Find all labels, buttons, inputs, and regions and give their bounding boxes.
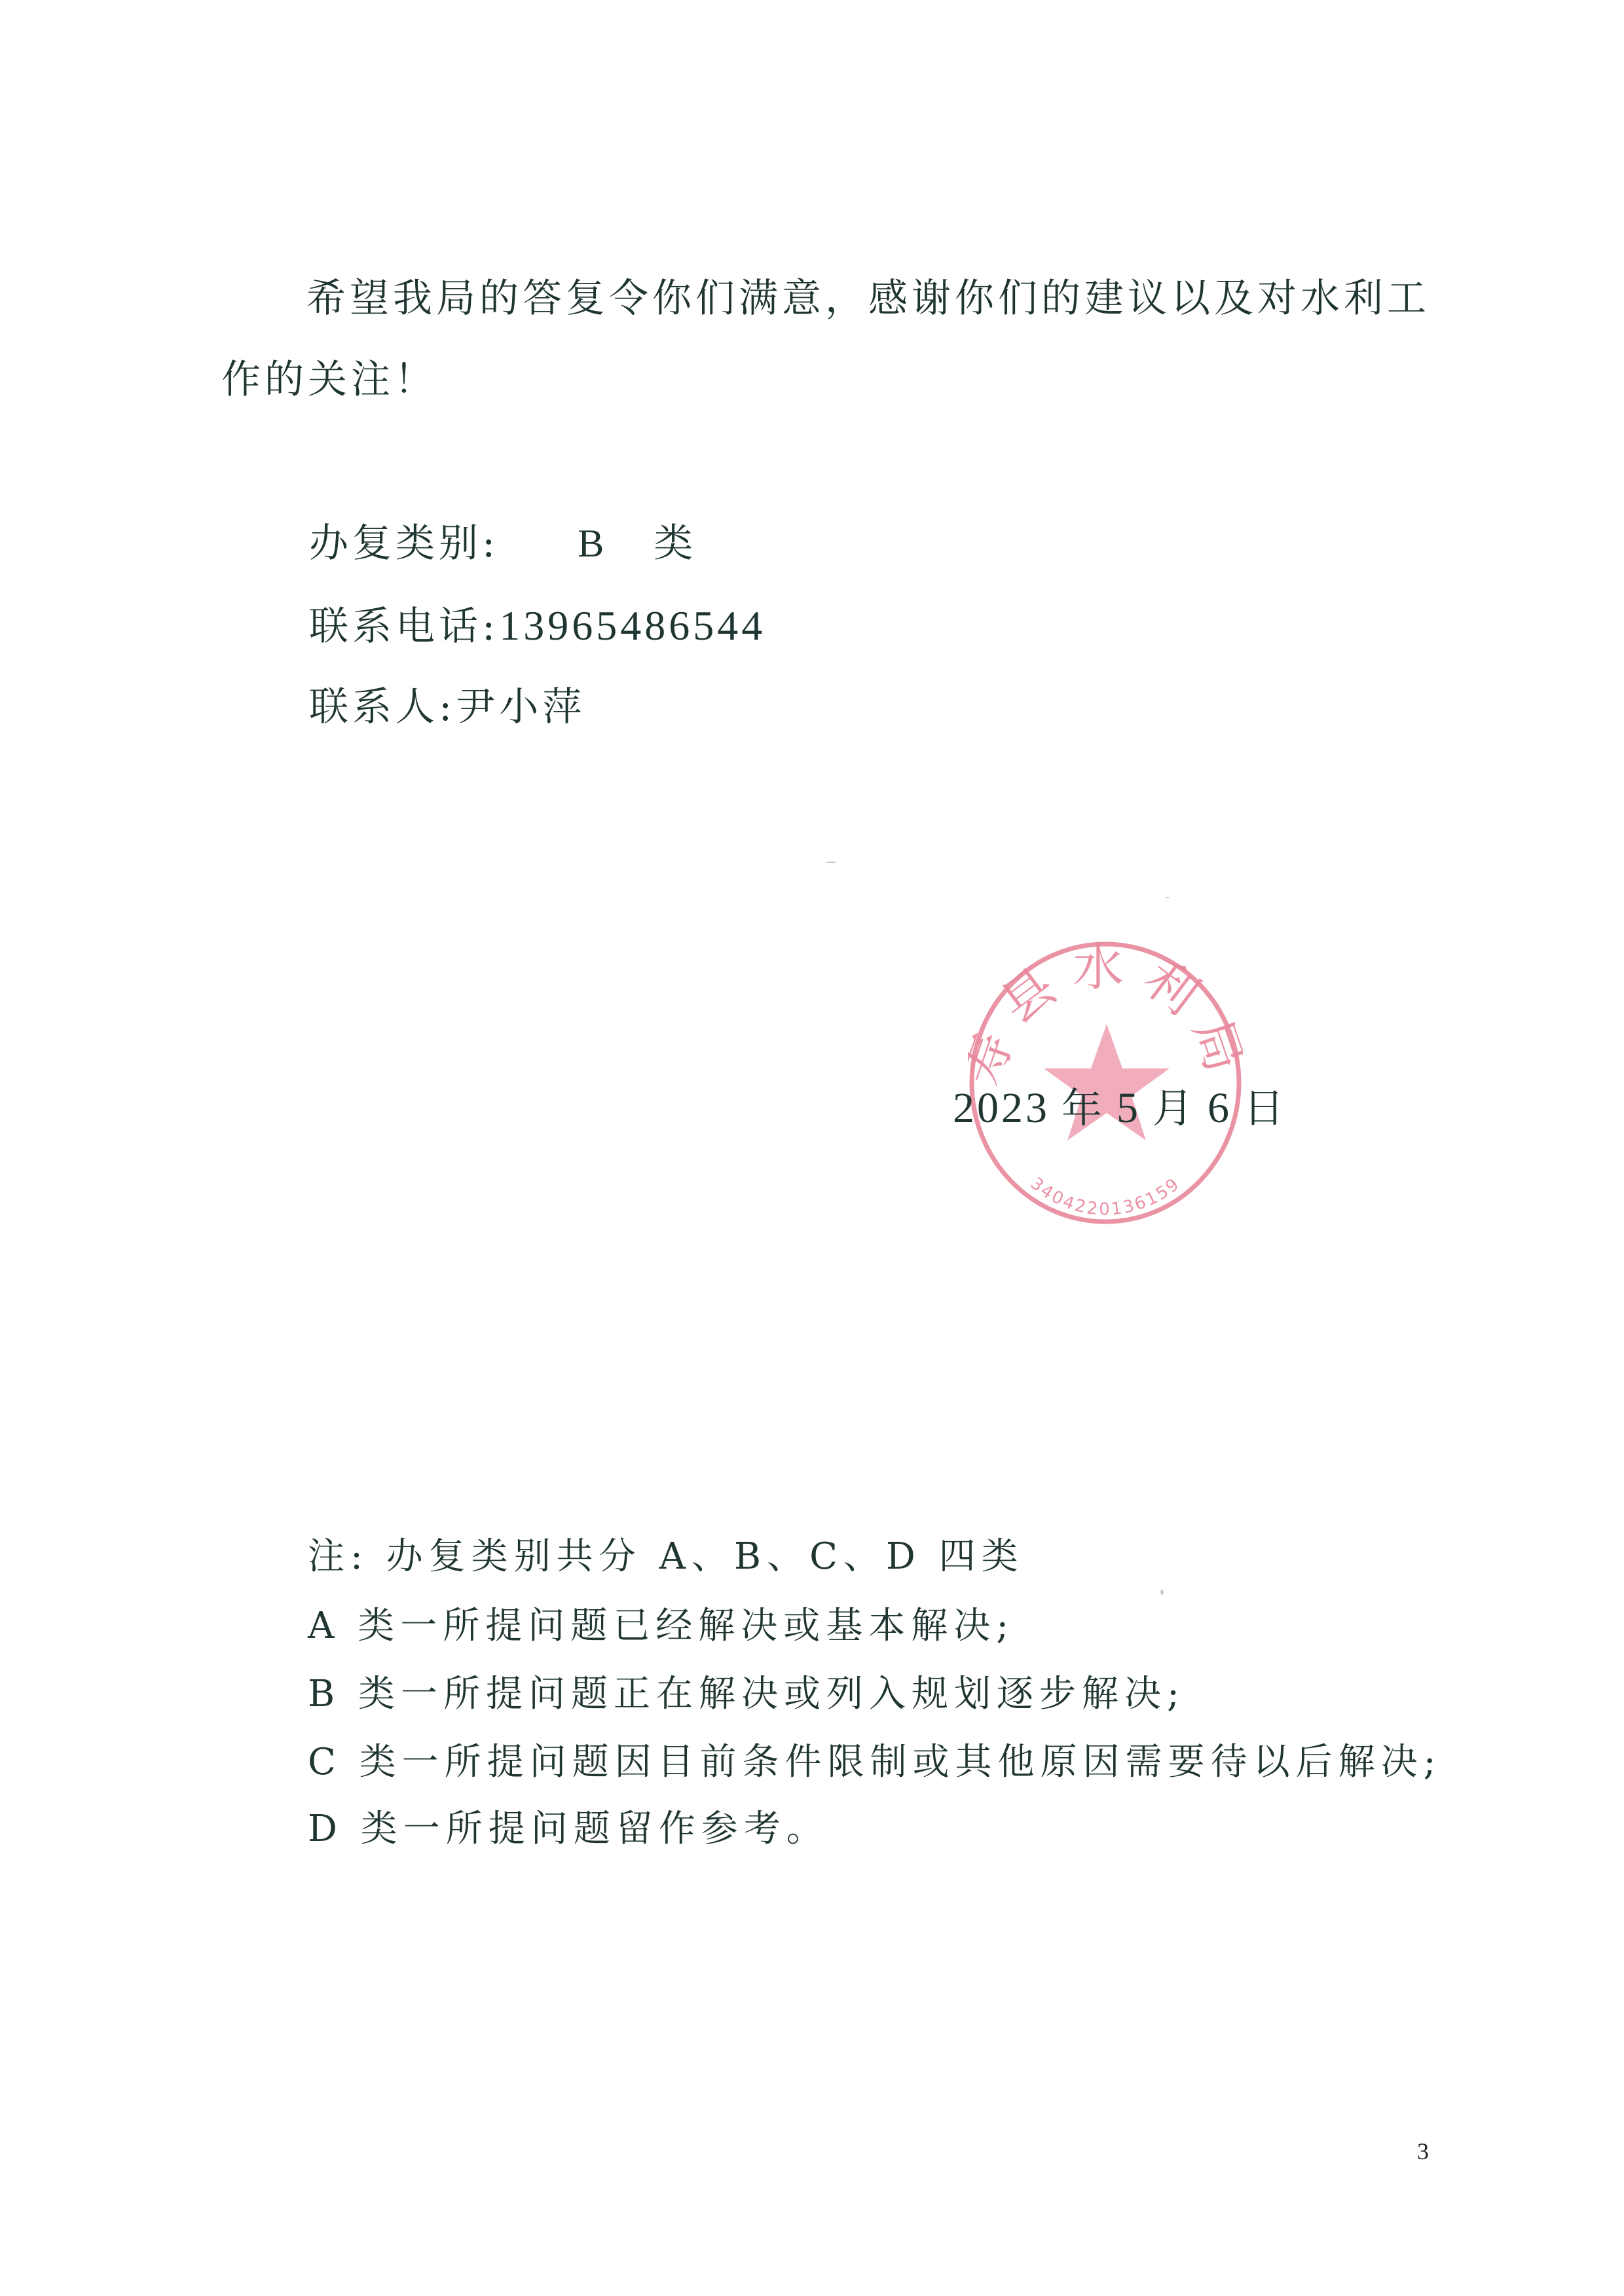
scan-speck: [1160, 1590, 1164, 1595]
note-item-d: D 类一所提问题留作参考。: [308, 1811, 829, 1848]
contact-phone-row: 联系电话:13965486544: [309, 605, 766, 647]
reply-category-label: 办复类别:: [309, 520, 499, 566]
page-number: 3: [1417, 2140, 1429, 2163]
date-day-unit: 日: [1244, 1084, 1287, 1132]
date-year-unit: 年: [1061, 1084, 1105, 1132]
reply-category-suffix: 类: [654, 520, 697, 566]
seal-code: 3404220136159: [1027, 1174, 1185, 1220]
date-month-unit: 月: [1153, 1084, 1196, 1132]
closing-paragraph-line-1: 希望我局的答复令你们满意，感谢你们的建议以及对水利工: [306, 279, 1430, 318]
contact-phone-value: 13965486544: [499, 602, 766, 649]
official-seal: 寿县水利局 3404220136159: [968, 940, 1243, 1226]
note-item-c: C 类一所提问题因目前条件限制或其他原因需要待以后解决;: [308, 1744, 1442, 1781]
date-year: 2023: [953, 1084, 1050, 1132]
notes-header: 注: 办复类别共分 A、B、C、D 四类: [308, 1539, 1024, 1575]
date-month: 5: [1116, 1084, 1141, 1132]
reply-category-row: 办复类别:B类: [309, 524, 697, 563]
note-item-b: B 类一所提问题正在解决或列入规划逐步解决;: [308, 1676, 1185, 1713]
date-day: 6: [1208, 1084, 1232, 1132]
scan-speck: [1166, 897, 1170, 898]
contact-person-value: 尹小萍: [456, 684, 585, 730]
scan-speck: [826, 862, 836, 863]
contact-person-label: 联系人:: [309, 684, 456, 730]
contact-phone-label: 联系电话:: [309, 604, 499, 649]
closing-paragraph-line-2: 作的关注！: [221, 360, 437, 399]
contact-person-row: 联系人:尹小萍: [309, 687, 585, 727]
note-item-a: A 类一所提问题已经解决或基本解决;: [308, 1608, 1014, 1645]
signature-date: 2023年5月6日: [953, 1087, 1287, 1130]
reply-category-value: B: [578, 522, 608, 565]
